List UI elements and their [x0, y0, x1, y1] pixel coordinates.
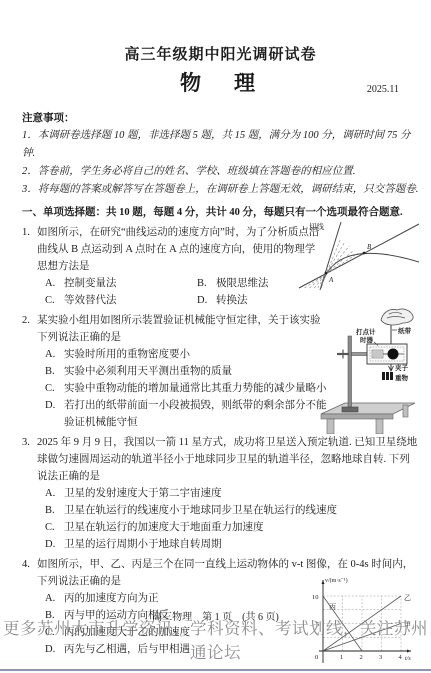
option-3d: D. 卫星的运行周期小于地球自转周期 [45, 536, 419, 553]
tangent-label: 切线 [309, 221, 324, 231]
option-3a-label: A. [45, 485, 64, 502]
table-leg-back [403, 405, 408, 417]
option-2d-text: 若打出的纸带前面一小段被损毁，则纸带的剩余部分不能验证机械能守恒 [64, 397, 327, 431]
notice-heading: 注意事项： [22, 110, 419, 127]
option-3b: B. 卫星在轨运行的线速度小于地球同步卫星在轨运行的线速度 [45, 502, 419, 519]
weight-label: 重物 [395, 373, 409, 382]
subject-row: 物 理 2025.11 [22, 70, 419, 96]
option-3b-text: 卫星在轨运行的线速度小于地球同步卫星在轨运行的线速度 [64, 502, 337, 519]
table-edge [321, 414, 393, 419]
point-a-dot [325, 272, 328, 275]
tape-label: 纸带 [398, 326, 412, 335]
table-leg-right [376, 419, 383, 434]
watermark-banner: 更多苏州大市升学资讯、学科资料、考试划线，关注苏州通论坛 [0, 615, 431, 663]
option-3c: C. 卫星在轨运行的加速度大于地面重力加速度 [45, 519, 419, 536]
notice-item-1: 1．本调研卷选择题 10 题，非选择题 5 题，共 15 题，满分为 100 分… [22, 127, 419, 163]
point-b-label: B [367, 243, 372, 251]
y-axis-label: v/(m·s⁻¹) [325, 577, 348, 584]
question-1-options-indent [22, 275, 37, 309]
option-3d-text: 卫星的运行周期小于地球自转周期 [64, 536, 222, 553]
paper-title: 高三年级期中阳光调研试卷 [22, 46, 419, 64]
subject-title: 物 理 [22, 70, 419, 96]
option-3c-text: 卫星在轨运行的加速度大于地面重力加速度 [64, 519, 264, 536]
question-3-stem: 2025 年 9 月 9 日，我国以一箭 11 星方式，成功将卫星送入预定轨道.… [37, 434, 419, 485]
question-4-number: 4. [22, 556, 37, 590]
option-4a-label: A. [45, 590, 64, 607]
curve [321, 253, 419, 288]
question-3: 3. 2025 年 9 月 9 日，我国以一箭 11 星方式，成功将卫星送入预定… [22, 434, 419, 553]
timer-label-line1: 打点计 [355, 327, 376, 336]
clamp-arm [352, 353, 368, 356]
option-2b-text: 实验中必须利用天平测出重物的质量 [64, 363, 232, 380]
question-1-number: 1. [22, 224, 37, 275]
notice-item-2: 2．答卷前，学生务必将自己的姓名、学校、班级填在答题卷的相应位置. [22, 163, 419, 181]
point-b-dot [363, 252, 366, 255]
question-3-options-indent [22, 485, 37, 553]
option-3a: A. 卫星的发射速度大于第二宇宙速度 [45, 485, 419, 502]
option-3d-label: D. [45, 536, 64, 553]
exam-date: 2025.11 [367, 84, 399, 95]
option-2c: C. 实验中重物动能的增加量通常比其重力势能的减少量略小 [45, 380, 327, 397]
page-content: 高三年级期中阳光调研试卷 物 理 2025.11 注意事项： 1．本调研卷选择题… [0, 46, 431, 658]
option-2c-label: C. [45, 380, 64, 397]
option-1d-text: 转换法 [216, 292, 248, 309]
series-label-yi: 乙 [404, 594, 411, 602]
stand-rod [348, 336, 352, 410]
option-3a-text: 卫星的发射速度大于第二宇宙速度 [64, 485, 222, 502]
bottom-divider-line [0, 669, 431, 671]
option-1c: C. 等效替代法 [45, 292, 197, 309]
option-1a: A. 控制变量法 [45, 275, 197, 292]
option-3c-label: C. [45, 519, 64, 536]
option-4a-text: 丙的加速度方向为正 [64, 590, 159, 607]
option-2d: D. 若打出的纸带前面一小段被损毁，则纸带的剩余部分不能验证机械能守恒 [45, 397, 327, 431]
question-1: 1. 如图所示，在研究“曲线运动的速度方向”时，为了分析质点沿曲线从 B 点运动… [22, 224, 419, 309]
option-1b-label: B. [197, 275, 216, 292]
option-1a-text: 控制变量法 [64, 275, 117, 292]
option-1d-label: D. [197, 292, 216, 309]
weight-block [382, 372, 393, 380]
question-2-number: 2. [22, 312, 37, 346]
question-3-options-row: A. 卫星的发射速度大于第二宇宙速度 B. 卫星在轨运行的线速度小于地球同步卫星… [22, 485, 419, 553]
option-2c-text: 实验中重物动能的增加量通常比其重力势能的减少量略小 [64, 380, 327, 397]
secant-line-ab [299, 224, 419, 288]
option-1c-label: C. [45, 292, 64, 309]
clamp-label: 夹子 [395, 363, 409, 372]
question-2: 2. 某实验小组用如图所示装置验证机械能守恒定律，关于该实验下列说法正确的是 A… [22, 312, 419, 431]
table-leg-left [327, 419, 334, 434]
timer-label-line2: 时器 [360, 335, 374, 344]
option-2d-label: D. [45, 397, 64, 431]
question-2-options-indent [22, 346, 37, 431]
question-3-number: 3. [22, 434, 37, 485]
exam-paper-page: 高三年级期中阳光调研试卷 物 理 2025.11 注意事项： 1．本调研卷选择题… [0, 0, 431, 673]
option-1c-text: 等效替代法 [64, 292, 117, 309]
option-2b-label: B. [45, 363, 64, 380]
figure-apparatus: 打点计 时器 纸带 夹子 重物 [319, 306, 417, 434]
stand-base [342, 407, 358, 412]
option-1a-label: A. [45, 275, 64, 292]
option-3b-label: B. [45, 502, 64, 519]
hand-sketch [381, 309, 413, 325]
option-2a-label: A. [45, 346, 64, 363]
ytick-10: 10 [312, 594, 319, 601]
notice-item-3: 3．将每题的答案或解答写在答题卷上，在调研卷上答题无效，调研结束，只交答题卷. [22, 181, 419, 199]
point-a-label: A [328, 276, 334, 284]
option-1b-text: 极限思维法 [216, 275, 269, 292]
figure-curve-tangent: A B 切线 [291, 218, 419, 290]
question-3-stem-row: 3. 2025 年 9 月 9 日，我国以一箭 11 星方式，成功将卫星送入预定… [22, 434, 419, 485]
option-2a: A. 实验时所用的重物密度要小 [45, 346, 327, 363]
timer-wheel [388, 349, 399, 360]
option-2a-text: 实验时所用的重物密度要小 [64, 346, 190, 363]
table-top [321, 403, 415, 414]
option-2b: B. 实验中必须利用天平测出重物的质量 [45, 363, 327, 380]
